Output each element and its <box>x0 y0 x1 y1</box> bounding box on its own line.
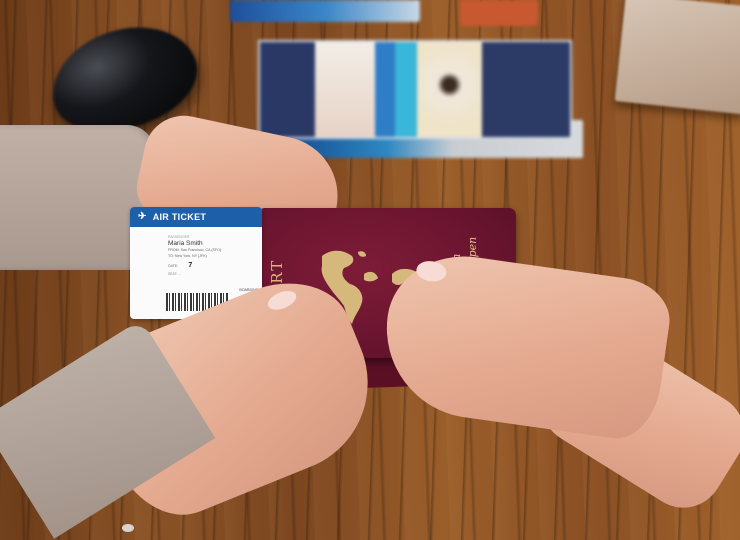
right-person-hand <box>375 246 675 443</box>
blurred-brochure-top <box>230 0 420 22</box>
airplane-icon: ✈ <box>138 212 147 222</box>
ticket-header: ✈ AIR TICKET <box>130 207 262 227</box>
fingernail <box>415 259 447 283</box>
brochure-panel <box>315 42 375 137</box>
date-value: 7 <box>188 262 192 269</box>
passenger-name: Maria Smith <box>168 240 252 247</box>
fingernail <box>265 287 299 313</box>
ticket-body: PASSENGER Maria Smith FROM: San Francisc… <box>130 227 262 276</box>
date-label: DATE: <box>168 264 178 268</box>
ticket-header-label: AIR TICKET <box>153 212 207 222</box>
seat-label: SEAT: ... <box>168 272 252 276</box>
date-row: DATE: 7 <box>168 262 252 269</box>
brochure-panel <box>260 42 315 137</box>
brochure-panel <box>395 42 417 137</box>
blurred-orange-object <box>460 0 538 26</box>
photo-scene: PASSPORT ...dream ...it happen ✈ AIR TIC… <box>0 0 740 540</box>
brochure-panel <box>375 42 395 137</box>
route-to: TO: New York, NY (JFK) <box>168 254 252 259</box>
route-from: FROM: San Francisco, CA (SFO) <box>168 248 252 253</box>
brochure-panel <box>417 42 482 137</box>
brochure-front <box>258 40 572 139</box>
cuff-button <box>122 524 134 532</box>
notebook <box>615 0 740 114</box>
passenger-label: PASSENGER <box>168 235 252 239</box>
brochure-panel <box>482 42 567 137</box>
travel-brochures <box>258 40 583 160</box>
